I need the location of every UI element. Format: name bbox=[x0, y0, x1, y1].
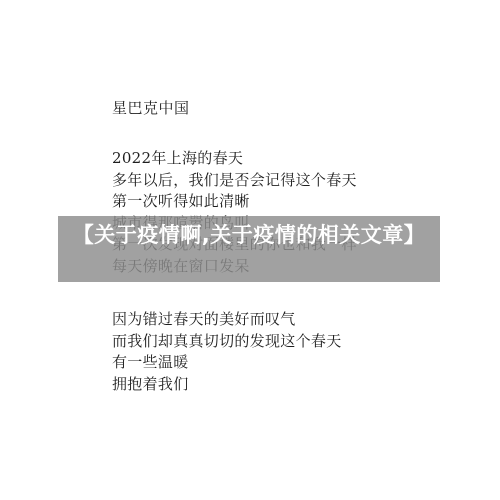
poem-line: 第一次听得如此清晰 bbox=[112, 191, 357, 213]
stanza-2: 因为错过春天的美好而叹气 而我们却真真切切的发现这个春天 有一些温暖 拥抱着我们 bbox=[112, 309, 342, 395]
article-title-banner[interactable]: 【关于疫情啊,关于疫情的相关文章】 bbox=[58, 216, 440, 282]
poem-line: 拥抱着我们 bbox=[112, 374, 342, 396]
article-title[interactable]: 【关于疫情啊,关于疫情的相关文章】 bbox=[62, 222, 436, 248]
document-title: 星巴克中国 bbox=[112, 98, 190, 118]
poem-line: 有一些温暖 bbox=[112, 352, 342, 374]
poem-line: 多年以后，我们是否会记得这个春天 bbox=[112, 170, 357, 192]
poem-line: 因为错过春天的美好而叹气 bbox=[112, 309, 342, 331]
poem-line: 而我们却真真切切的发现这个春天 bbox=[112, 331, 342, 353]
poem-line: 2022年上海的春天 bbox=[112, 148, 357, 170]
